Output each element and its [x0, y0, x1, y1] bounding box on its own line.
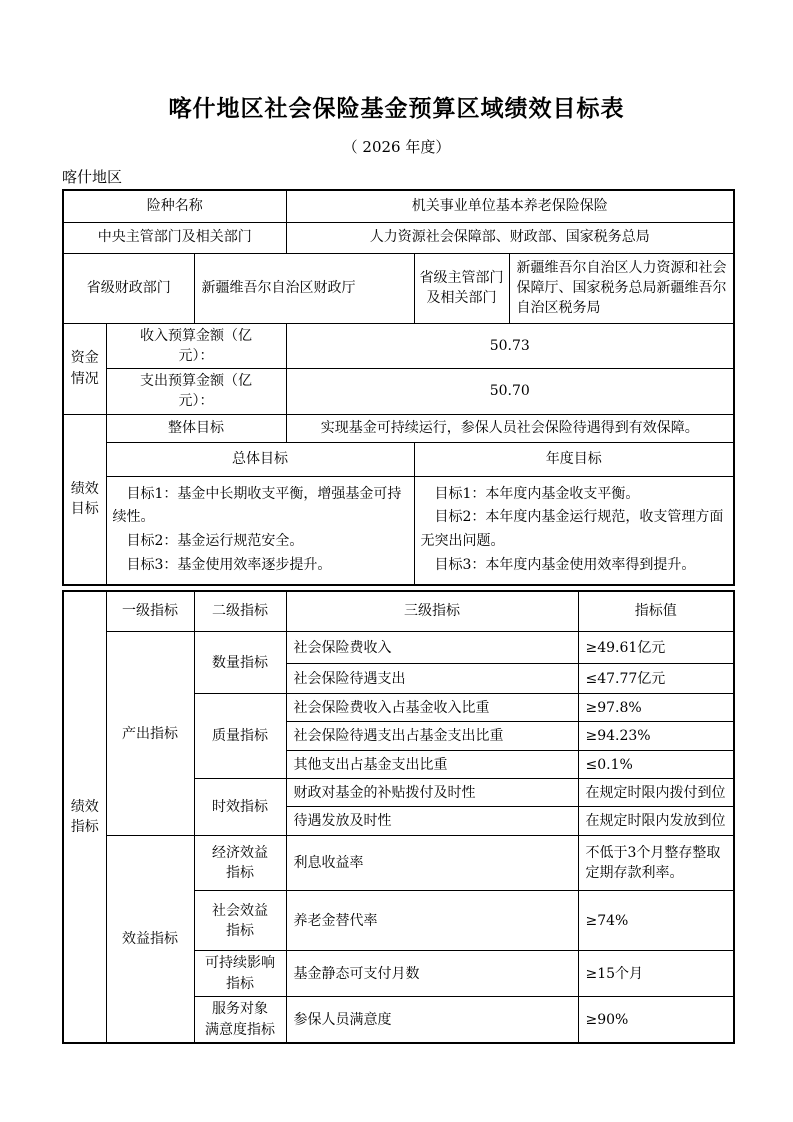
page-title: 喀什地区社会保险基金预算区域绩效目标表 — [0, 0, 793, 123]
overall-goal-label: 整体目标 — [106, 414, 286, 442]
annual-goal-header: 年度目标 — [414, 442, 734, 476]
indicator-value: ≥94.23% — [578, 722, 734, 751]
indicator-name: 社会保险费收入 — [286, 632, 578, 664]
prov-finance-value: 新疆维吾尔自治区财政厅 — [194, 253, 414, 323]
indicator-value: ≥97.8% — [578, 694, 734, 722]
annual-goal-cell: 目标1：本年度内基金收支平衡。 目标2：本年度内基金运行规范，收支管理方面无突出… — [414, 476, 734, 585]
indicator-name: 参保人员满意度 — [286, 996, 578, 1043]
level2-economic: 经济效益 指标 — [194, 836, 286, 891]
prov-admin-value: 新疆维吾尔自治区人力资源和社会保障厅、国家税务总局新疆维吾尔自治区税务局 — [509, 253, 734, 323]
indicators-section-label: 绩效 指标 — [63, 591, 106, 1044]
insurance-type-label: 险种名称 — [63, 190, 286, 222]
indicator-name: 财政对基金的补贴拨付及时性 — [286, 779, 578, 807]
total-goal-item: 目标2：基金运行规范安全。 — [113, 530, 408, 554]
central-dept-value: 人力资源社会保障部、财政部、国家税务总局 — [286, 222, 734, 253]
level2-social: 社会效益 指标 — [194, 891, 286, 951]
indicator-name: 社会保险费收入占基金收入比重 — [286, 694, 578, 722]
indicator-name: 基金静态可支付月数 — [286, 951, 578, 997]
header-level2: 二级指标 — [194, 591, 286, 632]
indicator-name: 其他支出占基金支出比重 — [286, 751, 578, 779]
indicator-name: 利息收益率 — [286, 836, 578, 891]
indicator-name: 养老金替代率 — [286, 891, 578, 951]
indicator-value: 在规定时限内发放到位 — [578, 807, 734, 836]
document-page: 喀什地区社会保险基金预算区域绩效目标表 （ 2026 年度） 喀什地区 险种名称… — [0, 0, 793, 1122]
header-value: 指标值 — [578, 591, 734, 632]
level2-timeliness: 时效指标 — [194, 779, 286, 836]
annual-goal-item: 目标2：本年度内基金运行规范，收支管理方面无突出问题。 — [421, 506, 728, 554]
indicator-value: 在规定时限内拨付到位 — [578, 779, 734, 807]
insurance-type-value: 机关事业单位基本养老保险保险 — [286, 190, 734, 222]
funds-section-label: 资金 情况 — [63, 323, 106, 414]
prov-finance-label: 省级财政部门 — [63, 253, 194, 323]
indicators-table: 绩效 指标 一级指标 二级指标 三级指标 指标值 产出指标 数量指标 社会保险费… — [62, 590, 735, 1045]
page-subtitle: （ 2026 年度） — [0, 136, 793, 157]
level1-benefit: 效益指标 — [106, 836, 194, 1044]
indicator-name: 社会保险待遇支出占基金支出比重 — [286, 722, 578, 751]
prov-admin-label: 省级主管部门 及相关部门 — [414, 253, 509, 323]
level2-satisfaction: 服务对象 满意度指标 — [194, 996, 286, 1043]
level1-output: 产出指标 — [106, 632, 194, 836]
level2-sustain: 可持续影响 指标 — [194, 951, 286, 997]
level2-quality: 质量指标 — [194, 694, 286, 779]
income-budget-label: 收入预算金额（亿 元）： — [106, 323, 286, 369]
total-goal-header: 总体目标 — [106, 442, 414, 476]
indicator-value: 不低于3个月整存整取定期存款利率。 — [578, 836, 734, 891]
header-level3: 三级指标 — [286, 591, 578, 632]
indicator-value: ≥90% — [578, 996, 734, 1043]
indicator-value: ≥74% — [578, 891, 734, 951]
overall-goal-value: 实现基金可持续运行，参保人员社会保险待遇得到有效保障。 — [286, 414, 734, 442]
indicator-value: ≥49.61亿元 — [578, 632, 734, 664]
indicator-value: ≥15个月 — [578, 951, 734, 997]
indicator-name: 社会保险待遇支出 — [286, 664, 578, 694]
central-dept-label: 中央主管部门及相关部门 — [63, 222, 286, 253]
expense-budget-label: 支出预算金额（亿 元）： — [106, 369, 286, 415]
indicator-value: ≤0.1% — [578, 751, 734, 779]
header-level1: 一级指标 — [106, 591, 194, 632]
level2-quantity: 数量指标 — [194, 632, 286, 694]
indicator-value: ≤47.77亿元 — [578, 664, 734, 694]
total-goal-item: 目标3：基金使用效率逐步提升。 — [113, 554, 408, 578]
expense-budget-value: 50.70 — [286, 369, 734, 415]
annual-goal-item: 目标3：本年度内基金使用效率得到提升。 — [421, 554, 728, 578]
region-label: 喀什地区 — [62, 166, 793, 187]
indicator-name: 待遇发放及时性 — [286, 807, 578, 836]
info-table: 险种名称 机关事业单位基本养老保险保险 中央主管部门及相关部门 人力资源社会保障… — [62, 189, 735, 586]
total-goal-cell: 目标1：基金中长期收支平衡，增强基金可持续性。 目标2：基金运行规范安全。 目标… — [106, 476, 414, 585]
income-budget-value: 50.73 — [286, 323, 734, 369]
total-goal-item: 目标1：基金中长期收支平衡，增强基金可持续性。 — [113, 483, 408, 531]
goals-section-label: 绩效 目标 — [63, 414, 106, 585]
annual-goal-item: 目标1：本年度内基金收支平衡。 — [421, 483, 728, 507]
